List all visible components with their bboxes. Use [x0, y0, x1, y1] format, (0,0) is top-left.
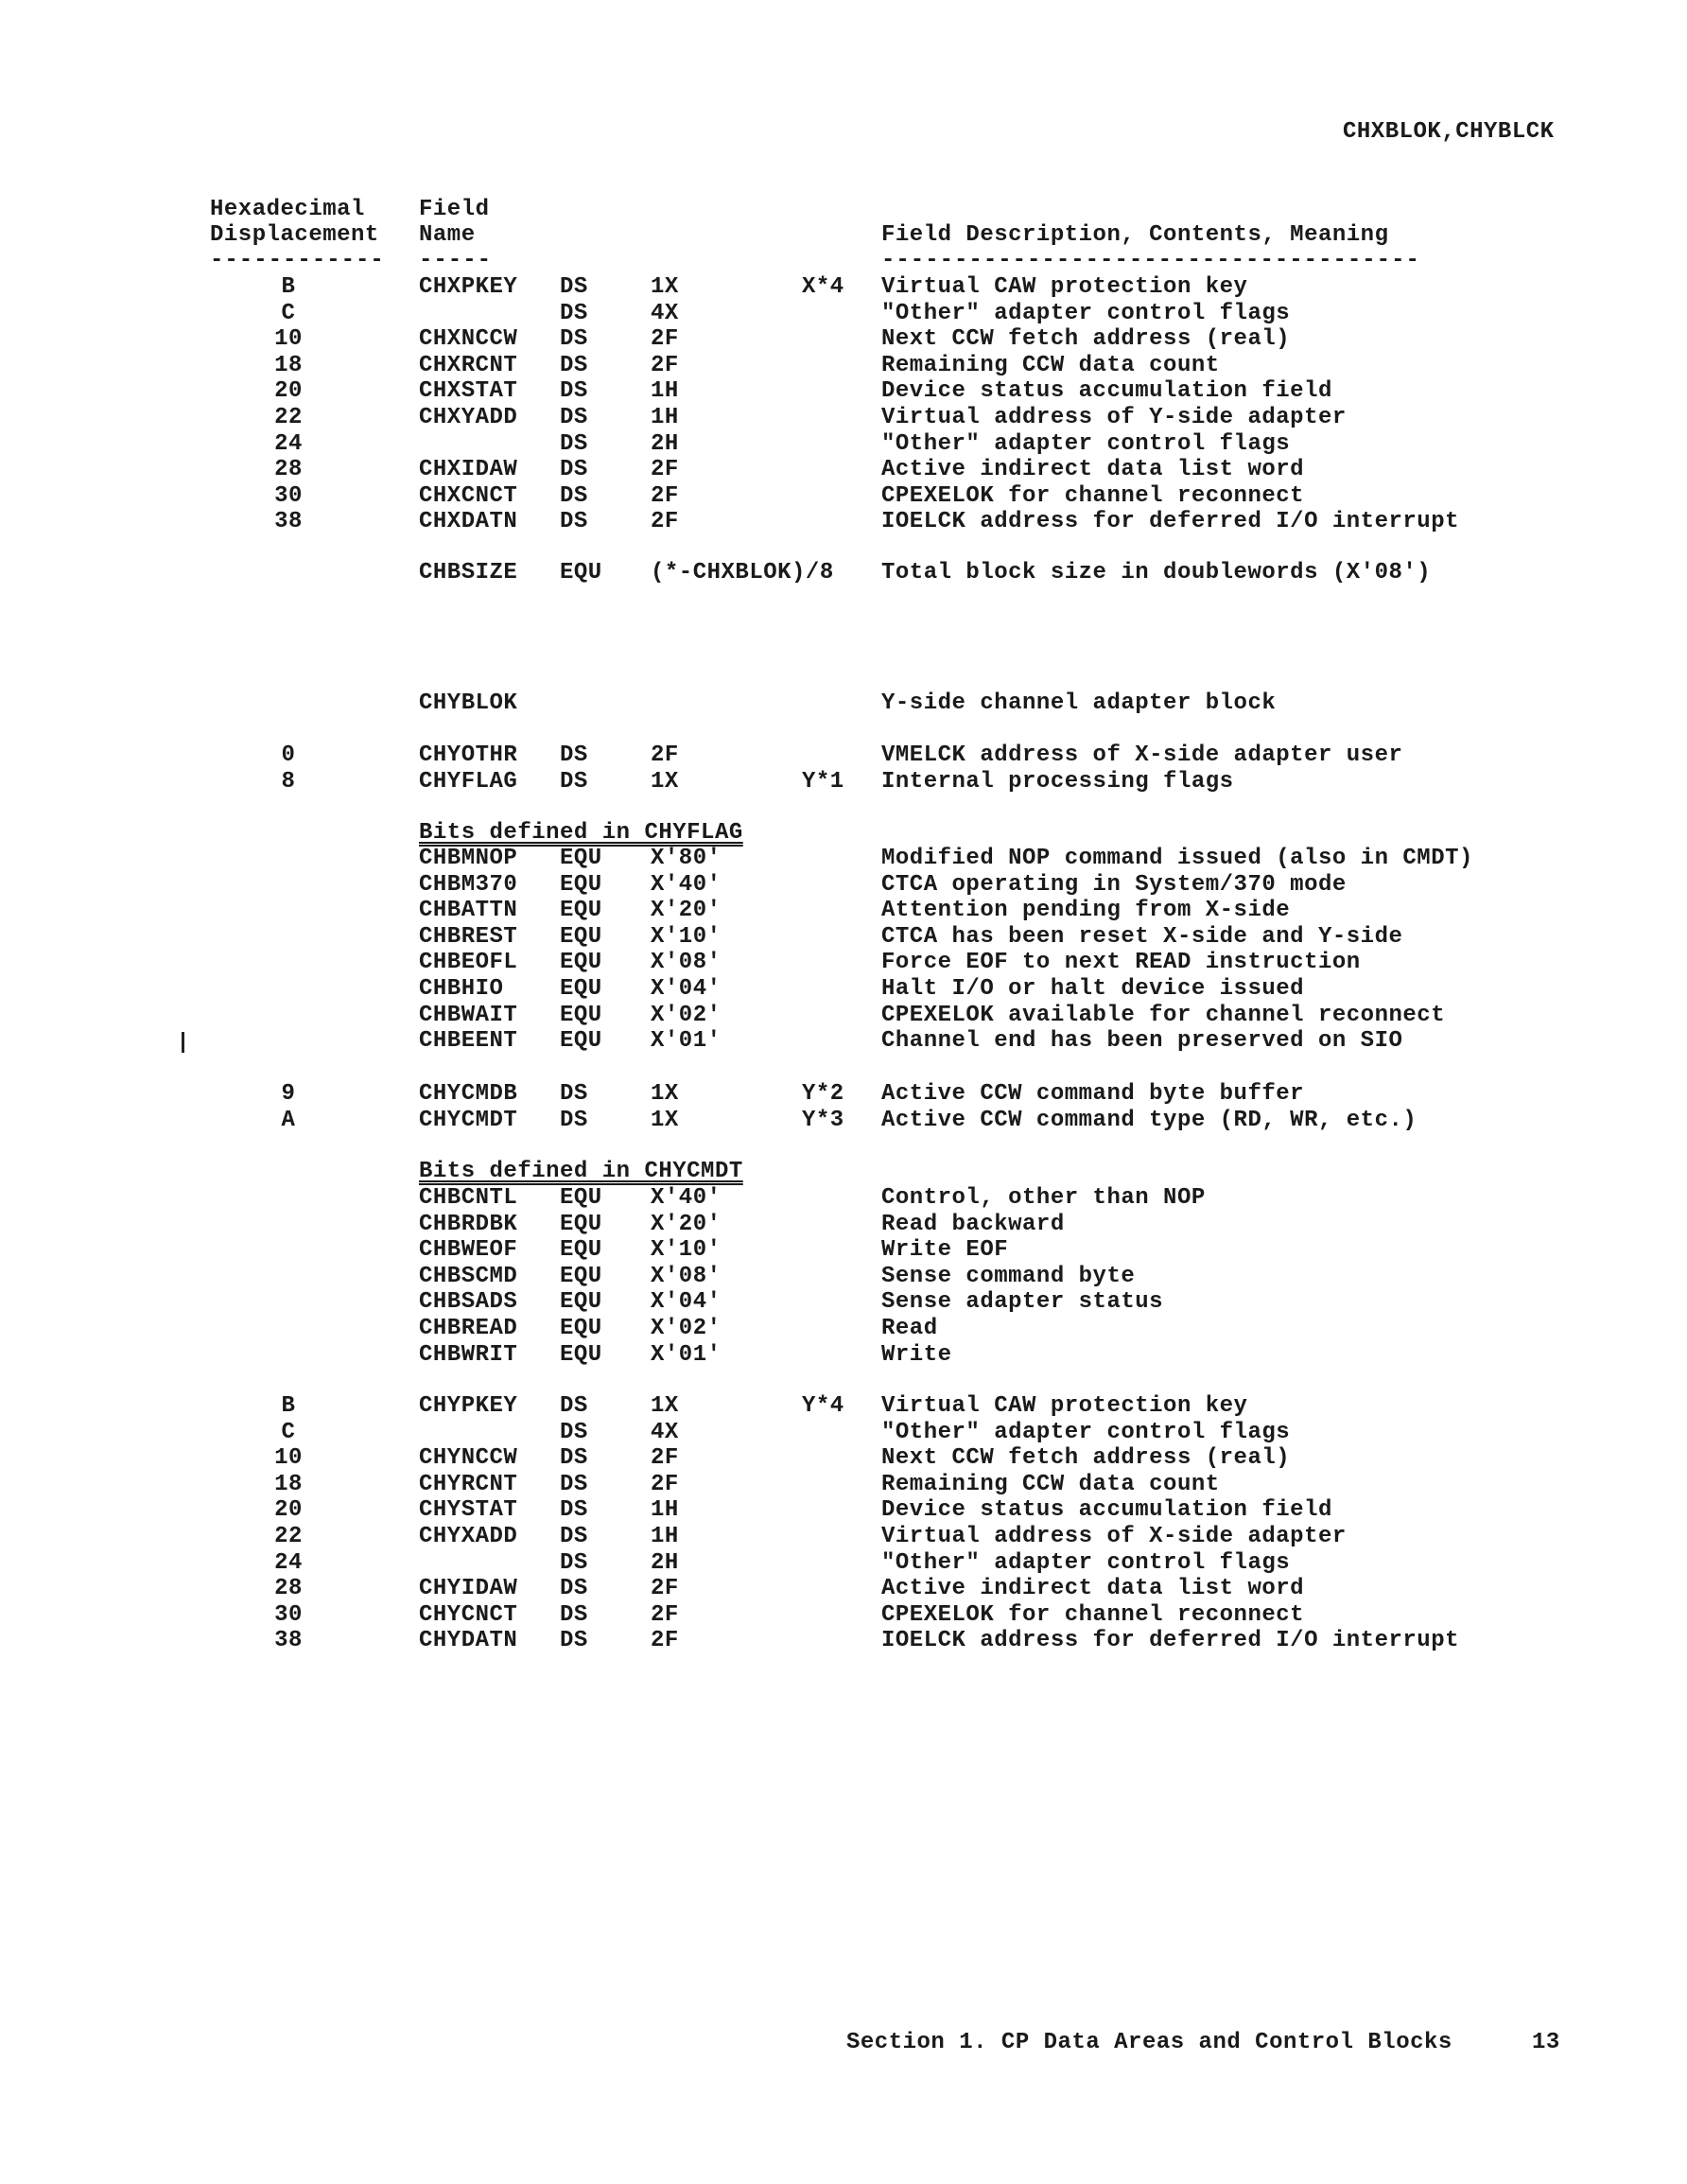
field-length: 2H	[651, 431, 679, 458]
bit-op: EQU	[560, 872, 602, 899]
field-displacement: 20	[251, 378, 326, 405]
field-desc: Virtual address of X-side adapter	[881, 1524, 1347, 1550]
bit-name: CHBEENT	[419, 1028, 517, 1055]
field-length: 2H	[651, 1550, 679, 1577]
bit-op: EQU	[560, 1212, 602, 1238]
field-desc: Next CCW fetch address (real)	[881, 326, 1290, 353]
bits-heading-chyflag: Bits defined in CHYFLAG	[419, 820, 743, 847]
bit-desc: Sense adapter status	[881, 1289, 1163, 1316]
field-length: 4X	[651, 301, 679, 327]
revision-bar	[182, 1032, 184, 1053]
field-name: CHYCMDT	[419, 1108, 517, 1134]
field-displacement: 22	[251, 1524, 326, 1550]
field-name: CHYCMDB	[419, 1081, 517, 1108]
field-displacement: 10	[251, 1445, 326, 1472]
field-length: 1H	[651, 378, 679, 405]
bit-desc: Force EOF to next READ instruction	[881, 950, 1361, 976]
bit-desc: Modified NOP command issued (also in CMD…	[881, 846, 1473, 872]
col-heading-name-1: Field	[419, 197, 490, 223]
field-desc: Device status accumulation field	[881, 1497, 1332, 1524]
field-desc: "Other" adapter control flags	[881, 1420, 1290, 1446]
bit-value: X'04'	[651, 976, 722, 1003]
field-displacement: 0	[251, 743, 326, 769]
bit-desc: Sense command byte	[881, 1264, 1135, 1290]
bit-op: EQU	[560, 1316, 602, 1342]
bit-name: CHBEOFL	[419, 950, 517, 976]
bit-value: X'40'	[651, 872, 722, 899]
bit-desc: Halt I/O or halt device issued	[881, 976, 1304, 1003]
bit-value: X'01'	[651, 1028, 722, 1055]
field-op: DS	[560, 1445, 588, 1472]
field-op: DS	[560, 1576, 588, 1602]
field-displacement: 9	[251, 1081, 326, 1108]
field-length: 1H	[651, 1497, 679, 1524]
field-displacement: A	[251, 1108, 326, 1134]
field-name: CHBSIZE	[419, 560, 517, 586]
field-displacement: 20	[251, 1497, 326, 1524]
field-name: CHYIDAW	[419, 1576, 517, 1602]
field-length: 1X	[651, 1393, 679, 1420]
field-op: DS	[560, 1497, 588, 1524]
field-length: 2F	[651, 1602, 679, 1629]
field-desc: Next CCW fetch address (real)	[881, 1445, 1290, 1472]
field-op: DS	[560, 483, 588, 510]
field-op: DS	[560, 353, 588, 379]
field-expr: (*-CHXBLOK)/8	[651, 560, 834, 586]
field-displacement: 18	[251, 1472, 326, 1498]
block-name: CHYBLOK	[419, 690, 517, 717]
field-name: CHXRCNT	[419, 353, 517, 379]
field-op: DS	[560, 769, 588, 795]
field-op: DS	[560, 301, 588, 327]
field-op: DS	[560, 743, 588, 769]
field-displacement: 24	[251, 1550, 326, 1577]
bit-desc: CPEXELOK available for channel reconnect	[881, 1003, 1445, 1029]
col-heading-name-2: Name	[419, 222, 476, 249]
bit-desc: CTCA has been reset X-side and Y-side	[881, 924, 1402, 951]
field-name: CHXNCCW	[419, 326, 517, 353]
col-rule-name: -----	[419, 248, 492, 274]
field-displacement: B	[251, 274, 326, 301]
bit-desc: Read backward	[881, 1212, 1065, 1238]
bit-name: CHBRDBK	[419, 1212, 517, 1238]
field-desc: Active indirect data list word	[881, 1576, 1304, 1602]
field-desc: Active CCW command type (RD, WR, etc.)	[881, 1108, 1417, 1134]
bit-name: CHBWRIT	[419, 1342, 517, 1369]
field-ref: Y*1	[802, 769, 844, 795]
bit-op: EQU	[560, 1289, 602, 1316]
bit-op: EQU	[560, 1185, 602, 1212]
field-length: 2F	[651, 743, 679, 769]
field-ref: X*4	[802, 274, 844, 301]
col-heading-displacement-1: Hexadecimal	[210, 197, 365, 223]
bit-name: CHBWAIT	[419, 1003, 517, 1029]
field-displacement: 38	[251, 509, 326, 535]
bit-name: CHBSCMD	[419, 1264, 517, 1290]
bit-desc: Write EOF	[881, 1237, 1008, 1264]
bit-op: EQU	[560, 976, 602, 1003]
field-op: DS	[560, 1524, 588, 1550]
field-desc: "Other" adapter control flags	[881, 301, 1290, 327]
bit-name: CHBCNTL	[419, 1185, 517, 1212]
field-name: CHYSTAT	[419, 1497, 517, 1524]
field-name: CHYCNCT	[419, 1602, 517, 1629]
bit-value: X'04'	[651, 1289, 722, 1316]
field-op: DS	[560, 1472, 588, 1498]
bit-desc: Attention pending from X-side	[881, 898, 1290, 924]
field-displacement: 30	[251, 1602, 326, 1629]
bit-value: X'08'	[651, 950, 722, 976]
bit-name: CHBATTN	[419, 898, 517, 924]
bit-desc: Read	[881, 1316, 938, 1342]
field-displacement: 8	[251, 769, 326, 795]
field-desc: Remaining CCW data count	[881, 353, 1220, 379]
field-ref: Y*2	[802, 1081, 844, 1108]
field-desc: Virtual address of Y-side adapter	[881, 405, 1347, 431]
bit-op: EQU	[560, 924, 602, 951]
footer-page-number: 13	[1532, 2030, 1560, 2056]
field-name: CHXSTAT	[419, 378, 517, 405]
field-ref: Y*3	[802, 1108, 844, 1134]
field-length: 2F	[651, 1445, 679, 1472]
field-op: DS	[560, 1628, 588, 1654]
field-length: 2F	[651, 509, 679, 535]
field-displacement: C	[251, 1420, 326, 1446]
field-displacement: 28	[251, 1576, 326, 1602]
bit-value: X'10'	[651, 1237, 722, 1264]
field-desc: Active indirect data list word	[881, 457, 1304, 483]
field-op: DS	[560, 1393, 588, 1420]
field-length: 1X	[651, 1108, 679, 1134]
field-length: 2F	[651, 1576, 679, 1602]
field-op: DS	[560, 1108, 588, 1134]
field-displacement: C	[251, 301, 326, 327]
col-rule-description: -------------------------------------	[881, 248, 1420, 274]
bit-desc: Channel end has been preserved on SIO	[881, 1028, 1402, 1055]
bit-value: X'08'	[651, 1264, 722, 1290]
field-length: 2F	[651, 1472, 679, 1498]
bit-value: X'02'	[651, 1316, 722, 1342]
field-op: DS	[560, 431, 588, 458]
field-length: 2F	[651, 1628, 679, 1654]
bit-name: CHBREST	[419, 924, 517, 951]
field-op: DS	[560, 405, 588, 431]
field-displacement: 10	[251, 326, 326, 353]
col-heading-displacement-2: Displacement	[210, 222, 379, 249]
field-desc: Device status accumulation field	[881, 378, 1332, 405]
field-length: 4X	[651, 1420, 679, 1446]
field-displacement: 28	[251, 457, 326, 483]
bit-op: EQU	[560, 846, 602, 872]
bit-op: EQU	[560, 1028, 602, 1055]
bit-op: EQU	[560, 1342, 602, 1369]
field-desc: "Other" adapter control flags	[881, 1550, 1290, 1577]
bit-name: CHBREAD	[419, 1316, 517, 1342]
field-length: 1X	[651, 1081, 679, 1108]
field-length: 1H	[651, 1524, 679, 1550]
field-desc: Total block size in doublewords (X'08')	[881, 560, 1431, 586]
field-op: DS	[560, 1420, 588, 1446]
bit-name: CHBMNOP	[419, 846, 517, 872]
field-desc: Active CCW command byte buffer	[881, 1081, 1304, 1108]
bit-value: X'20'	[651, 898, 722, 924]
bit-desc: Control, other than NOP	[881, 1185, 1206, 1212]
field-op: DS	[560, 1550, 588, 1577]
field-op: DS	[560, 274, 588, 301]
field-name: CHXYADD	[419, 405, 517, 431]
field-name: CHYXADD	[419, 1524, 517, 1550]
bit-value: X'80'	[651, 846, 722, 872]
bit-value: X'40'	[651, 1185, 722, 1212]
field-length: 1X	[651, 274, 679, 301]
bits-heading-chycmdt: Bits defined in CHYCMDT	[419, 1159, 743, 1185]
footer-section-title: Section 1. CP Data Areas and Control Blo…	[846, 2030, 1452, 2056]
field-length: 1H	[651, 405, 679, 431]
bit-op: EQU	[560, 1264, 602, 1290]
field-displacement: 30	[251, 483, 326, 510]
field-op: DS	[560, 378, 588, 405]
running-title: CHXBLOK,CHYBLCK	[1343, 119, 1555, 146]
field-desc: CPEXELOK for channel reconnect	[881, 1602, 1304, 1629]
bit-name: CHBSADS	[419, 1289, 517, 1316]
field-length: 2F	[651, 353, 679, 379]
field-op: EQU	[560, 560, 602, 586]
bit-value: X'10'	[651, 924, 722, 951]
bit-name: CHBM370	[419, 872, 517, 899]
field-op: DS	[560, 1081, 588, 1108]
field-name: CHYRCNT	[419, 1472, 517, 1498]
bit-desc: Write	[881, 1342, 952, 1369]
field-name: CHXCNCT	[419, 483, 517, 510]
field-desc: IOELCK address for deferred I/O interrup…	[881, 509, 1459, 535]
col-rule-displacement: ------------	[210, 248, 385, 274]
field-name: CHYDATN	[419, 1628, 517, 1654]
field-desc: CPEXELOK for channel reconnect	[881, 483, 1304, 510]
bit-op: EQU	[560, 950, 602, 976]
bit-value: X'01'	[651, 1342, 722, 1369]
bit-name: CHBWEOF	[419, 1237, 517, 1264]
field-name: CHYPKEY	[419, 1393, 517, 1420]
block-desc: Y-side channel adapter block	[881, 690, 1276, 717]
field-op: DS	[560, 1602, 588, 1629]
field-desc: Virtual CAW protection key	[881, 274, 1247, 301]
field-displacement: B	[251, 1393, 326, 1420]
field-displacement: 18	[251, 353, 326, 379]
field-desc: IOELCK address for deferred I/O interrup…	[881, 1628, 1459, 1654]
field-desc: Virtual CAW protection key	[881, 1393, 1247, 1420]
field-op: DS	[560, 457, 588, 483]
field-length: 2F	[651, 326, 679, 353]
field-length: 2F	[651, 457, 679, 483]
bit-op: EQU	[560, 898, 602, 924]
field-name: CHXPKEY	[419, 274, 517, 301]
bit-value: X'02'	[651, 1003, 722, 1029]
field-displacement: 24	[251, 431, 326, 458]
bit-op: EQU	[560, 1237, 602, 1264]
bit-op: EQU	[560, 1003, 602, 1029]
field-desc: Internal processing flags	[881, 769, 1234, 795]
field-desc: VMELCK address of X-side adapter user	[881, 743, 1402, 769]
bit-desc: CTCA operating in System/370 mode	[881, 872, 1347, 899]
field-name: CHYOTHR	[419, 743, 517, 769]
field-ref: Y*4	[802, 1393, 844, 1420]
field-desc: "Other" adapter control flags	[881, 431, 1290, 458]
field-displacement: 22	[251, 405, 326, 431]
field-name: CHYFLAG	[419, 769, 517, 795]
field-length: 1X	[651, 769, 679, 795]
bit-value: X'20'	[651, 1212, 722, 1238]
field-name: CHXDATN	[419, 509, 517, 535]
field-name: CHXIDAW	[419, 457, 517, 483]
col-heading-description: Field Description, Contents, Meaning	[881, 222, 1388, 249]
field-length: 2F	[651, 483, 679, 510]
field-name: CHYNCCW	[419, 1445, 517, 1472]
field-op: DS	[560, 326, 588, 353]
field-op: DS	[560, 509, 588, 535]
bit-name: CHBHIO	[419, 976, 503, 1003]
field-desc: Remaining CCW data count	[881, 1472, 1220, 1498]
field-displacement: 38	[251, 1628, 326, 1654]
